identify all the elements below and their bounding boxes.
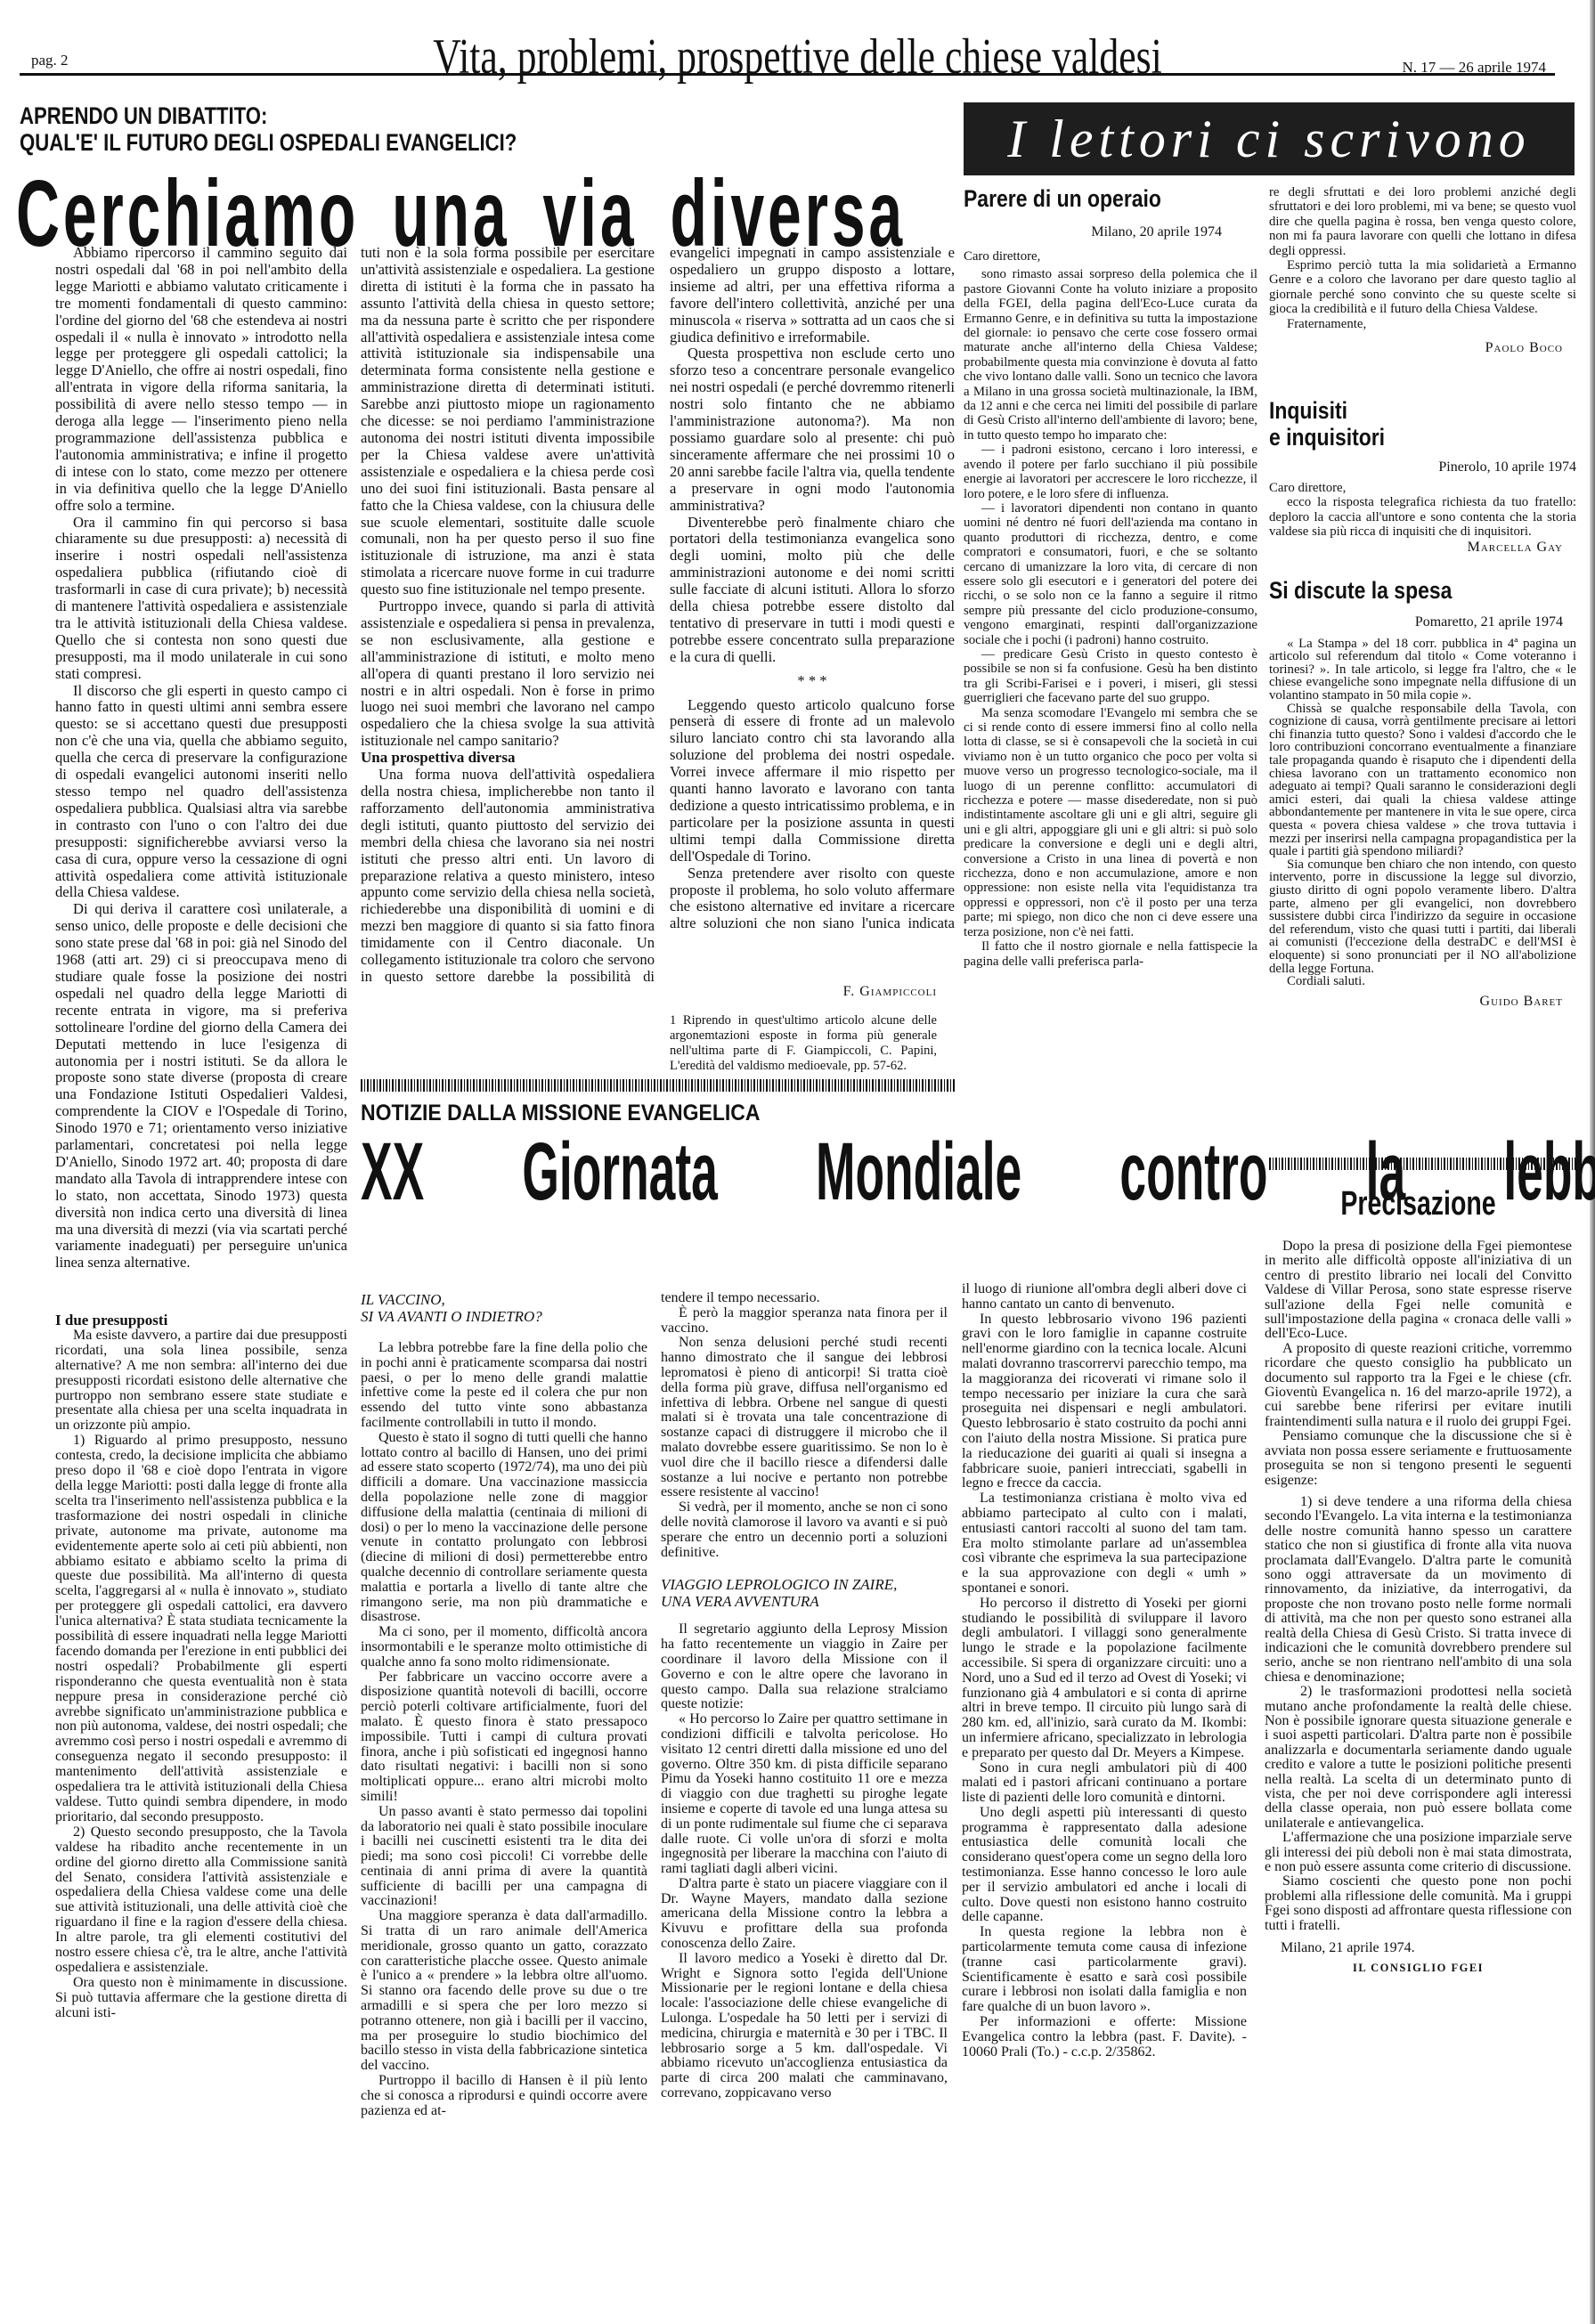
leprosy-column-2: tendere il tempo necessario. È però la m… [661, 1291, 948, 2222]
paragraph: È però la maggior speranza nata finora p… [661, 1306, 948, 1337]
letter-3: Si discute la spesa Pomaretto, 21 aprile… [1269, 577, 1576, 1010]
paragraph: Sia comunque ben chiaro che non intendo,… [1269, 858, 1576, 975]
masthead-title: Vita, problemi, prospettive delle chiese… [175, 28, 1420, 85]
paragraph: Il discorso che gli esperti in questo ca… [55, 683, 347, 902]
letter-signature: Marcella Gay [1269, 540, 1563, 556]
paragraph: — i lavoratori dipendenti non contano in… [964, 501, 1257, 647]
letter-title: Inquisiti [1269, 397, 1530, 424]
footnote: 1 Riprendo in quest'ultimo articolo alcu… [670, 1013, 937, 1074]
hospitals-column-1b: I due presupposti Ma esiste davvero, a p… [55, 1287, 347, 2222]
paragraph: A proposito di queste reazioni critiche,… [1265, 1342, 1572, 1429]
letter-title: e inquisitori [1269, 424, 1530, 451]
paragraph: Abbiamo ripercorso il cammino seguito da… [55, 245, 347, 515]
letter-1-continuation: re degli sfruttati e dei loro problemi a… [1269, 185, 1576, 1010]
letter-title: Parere di un operaio [964, 185, 1214, 212]
paragraph: Ma ci sono, per il momento, difficoltà a… [361, 1625, 647, 1670]
page-number: pag. 2 [31, 52, 69, 69]
paragraph: Sono in cura negli ambulatori più di 400… [962, 1761, 1247, 1806]
hospitals-column-2: tuti non è la sola forma possibile per e… [361, 245, 655, 984]
paragraph: 1) si deve tendere a una riforma della c… [1265, 1495, 1572, 1685]
letter-2: Inquisiti e inquisitori Pinerolo, 10 apr… [1269, 397, 1576, 556]
paragraph: Il fatto che il nostro giornale e nella … [964, 939, 1257, 969]
paragraph: La testimonianza cristiana è molto viva … [962, 1491, 1247, 1597]
headline-word: XX [361, 1129, 424, 1215]
hospitals-column-3: evangelici impegnati in campo assistenzi… [670, 245, 955, 930]
subhead-line: SI VA AVANTI O INDIETRO? [361, 1308, 647, 1325]
kicker-line-1: APRENDO UN DIBATTITO: [20, 102, 517, 129]
paragraph: Ora il cammino fin qui percorso si basa … [55, 515, 347, 683]
paragraph: re degli sfruttati e dei loro problemi a… [1269, 185, 1576, 258]
article-kicker: APRENDO UN DIBATTITO: QUAL'E' IL FUTURO … [20, 102, 517, 156]
paragraph: Leggendo questo articolo qualcuno forse … [670, 697, 955, 865]
clarification-signature: IL CONSIGLIO FGEI [1265, 1962, 1572, 1975]
leprosy-kicker: NOTIZIE DALLA MISSIONE EVANGELICA [361, 1101, 761, 1126]
masthead-rule [20, 73, 1555, 76]
paragraph: « Ho percorso lo Zaire per quattro setti… [661, 1712, 948, 1877]
paragraph: Esprimo perciò tutta la mia solidarietà … [1269, 258, 1576, 317]
paragraph: tendere il tempo necessario. [661, 1291, 948, 1306]
salutation: Caro direttore, [964, 249, 1257, 264]
headline-word: contro [1119, 1129, 1267, 1215]
paragraph: Purtroppo invece, quando si parla di att… [361, 598, 655, 750]
paragraph: Una maggiore speranza è data dall'armadi… [361, 1909, 647, 2074]
paragraph: Diventerebbe però finalmente chiaro che … [670, 515, 955, 666]
paragraph: Si vedrà, per il momento, anche se non c… [661, 1500, 948, 1560]
letter-dateline: Pomaretto, 21 aprile 1974 [1269, 614, 1563, 630]
paragraph: il luogo di riunione all'ombra degli alb… [962, 1282, 1247, 1312]
clarification-dateline: Milano, 21 aprile 1974. [1265, 1940, 1572, 1956]
paragraph: Senza pretendere aver risolto con queste… [670, 865, 955, 930]
headline-word: Mondiale [816, 1129, 1021, 1215]
letter-signature: Guido Baret [1269, 994, 1563, 1010]
paragraph: tuti non è la sola forma possibile per e… [361, 245, 655, 598]
paragraph: Chissà se qualche responsabile della Tav… [1269, 703, 1576, 858]
paragraph: Pensiamo comunque che la discussione che… [1265, 1429, 1572, 1488]
subhead-line: UNA VERA AVVENTURA [661, 1593, 948, 1610]
paragraph: Ma senza scomodare l'Evangelo mi sembra … [964, 706, 1257, 940]
paragraph: L'affermazione che una posizione imparzi… [1265, 1831, 1572, 1874]
paragraph: Dopo la presa di posizione della Fgei pi… [1265, 1239, 1572, 1342]
section-divider [361, 1079, 955, 1092]
paragraph: « La Stampa » del 18 corr. pubblica in 4… [1269, 638, 1576, 703]
paragraph: — predicare Gesù Cristo in questo contes… [964, 647, 1257, 706]
letter-1: Parere di un operaio Milano, 20 aprile 1… [964, 185, 1257, 1117]
subhead-line: VIAGGIO LEPROLOGICO IN ZAIRE, [661, 1576, 948, 1593]
leprosy-column-3: il luogo di riunione all'ombra degli alb… [962, 1282, 1247, 2222]
leprosy-column-1: IL VACCINO, SI VA AVANTI O INDIETRO? La … [361, 1291, 647, 2222]
letter-body: Caro direttore, ecco la risposta telegra… [1269, 481, 1576, 540]
letter-dateline: Pinerolo, 10 aprile 1974 [1269, 459, 1576, 475]
paragraph: 2) le trasformazioni prodottesi nella so… [1265, 1685, 1572, 1831]
subhead-line: IL VACCINO, [361, 1291, 647, 1308]
paragraph: Cordiali saluti. [1269, 975, 1576, 988]
paragraph: Per informazioni e offerte: Missione Eva… [962, 2015, 1247, 2060]
letter-body: « La Stampa » del 18 corr. pubblica in 4… [1269, 638, 1576, 988]
headline-word: Giornata [522, 1129, 717, 1215]
letter-title: Si discute la spesa [1269, 577, 1530, 604]
paragraph: Il lavoro medico a Yoseki è diretto dal … [661, 1952, 948, 2101]
author-signature: F. Giampiccoli [670, 984, 937, 1000]
hospitals-column-1: Abbiamo ripercorso il cammino seguito da… [55, 245, 347, 1282]
paragraph: Ho percorso il distretto di Yoseki per g… [962, 1597, 1247, 1761]
letter-body: re degli sfruttati e dei loro problemi a… [1269, 185, 1576, 331]
clarification: Precisazione Dopo la presa di posizione … [1265, 1184, 1572, 1975]
paragraph: Questa prospettiva non esclude certo uno… [670, 345, 955, 514]
section-subhead: Una prospettiva diversa [361, 750, 655, 767]
paragraph: In questa regione la lebbra non è partic… [962, 1925, 1247, 2015]
section-separator: * * * [670, 673, 955, 690]
paragraph: 1) Riguardo al primo presupposto, nessun… [55, 1434, 347, 1825]
paragraph: — i padroni esistono, cercano i loro int… [964, 443, 1257, 501]
paragraph: Questo è stato il sogno di tutti quelli … [361, 1431, 647, 1625]
paragraph: In questo lebbrosario vivono 196 pazient… [962, 1312, 1247, 1492]
letter-dateline: Milano, 20 aprile 1974 [964, 224, 1222, 240]
paragraph: Fraternamente, [1269, 317, 1576, 331]
letters-banner: I lettori ci scrivono [964, 102, 1575, 175]
paragraph: sono rimasto assai sorpreso della polemi… [964, 267, 1257, 443]
letter-signature: Paolo Boco [1269, 340, 1563, 356]
paragraph: Una forma nuova dell'attività ospedalier… [361, 767, 655, 984]
paragraph: Ora questo non è minimamente in discussi… [55, 1976, 347, 2021]
paragraph: Siamo coscienti che questo pone non poch… [1265, 1874, 1572, 1933]
section-subhead: I due presupposti [55, 1313, 347, 1329]
paragraph: Per fabbricare un vaccino occorre avere … [361, 1670, 647, 1805]
letter-body: Caro direttore, sono rimasto assai sorpr… [964, 249, 1257, 1117]
paragraph: Uno degli aspetti più interessanti di qu… [962, 1806, 1247, 1925]
kicker-line-2: QUAL'E' IL FUTURO DEGLI OSPEDALI EVANGEL… [20, 129, 517, 156]
paragraph: Il segretario aggiunto della Leprosy Mis… [661, 1622, 948, 1712]
clarification-title: Precisazione [1303, 1184, 1534, 1223]
paragraph: La lebbra potrebbe fare la fine della po… [361, 1341, 647, 1431]
paragraph: Ma esiste davvero, a partire dai due pre… [55, 1329, 347, 1434]
paragraph: D'altra parte è stato un piacere viaggia… [661, 1877, 948, 1952]
paragraph: evangelici impegnati in campo assistenzi… [670, 245, 955, 345]
salutation: Caro direttore, [1269, 481, 1576, 495]
paragraph: Purtroppo il bacillo di Hansen è il più … [361, 2074, 647, 2118]
paragraph: Non senza delusioni perché studi recenti… [661, 1336, 948, 1500]
paragraph: Di qui deriva il carattere così unilater… [55, 901, 347, 1272]
paragraph: 2) Questo secondo presupposto, che la Ta… [55, 1825, 347, 1976]
clarification-body: Dopo la presa di posizione della Fgei pi… [1265, 1239, 1572, 1933]
paragraph: ecco la risposta telegrafica richiesta d… [1269, 495, 1576, 539]
paragraph: Un passo avanti è stato permesso dai top… [361, 1805, 647, 1910]
